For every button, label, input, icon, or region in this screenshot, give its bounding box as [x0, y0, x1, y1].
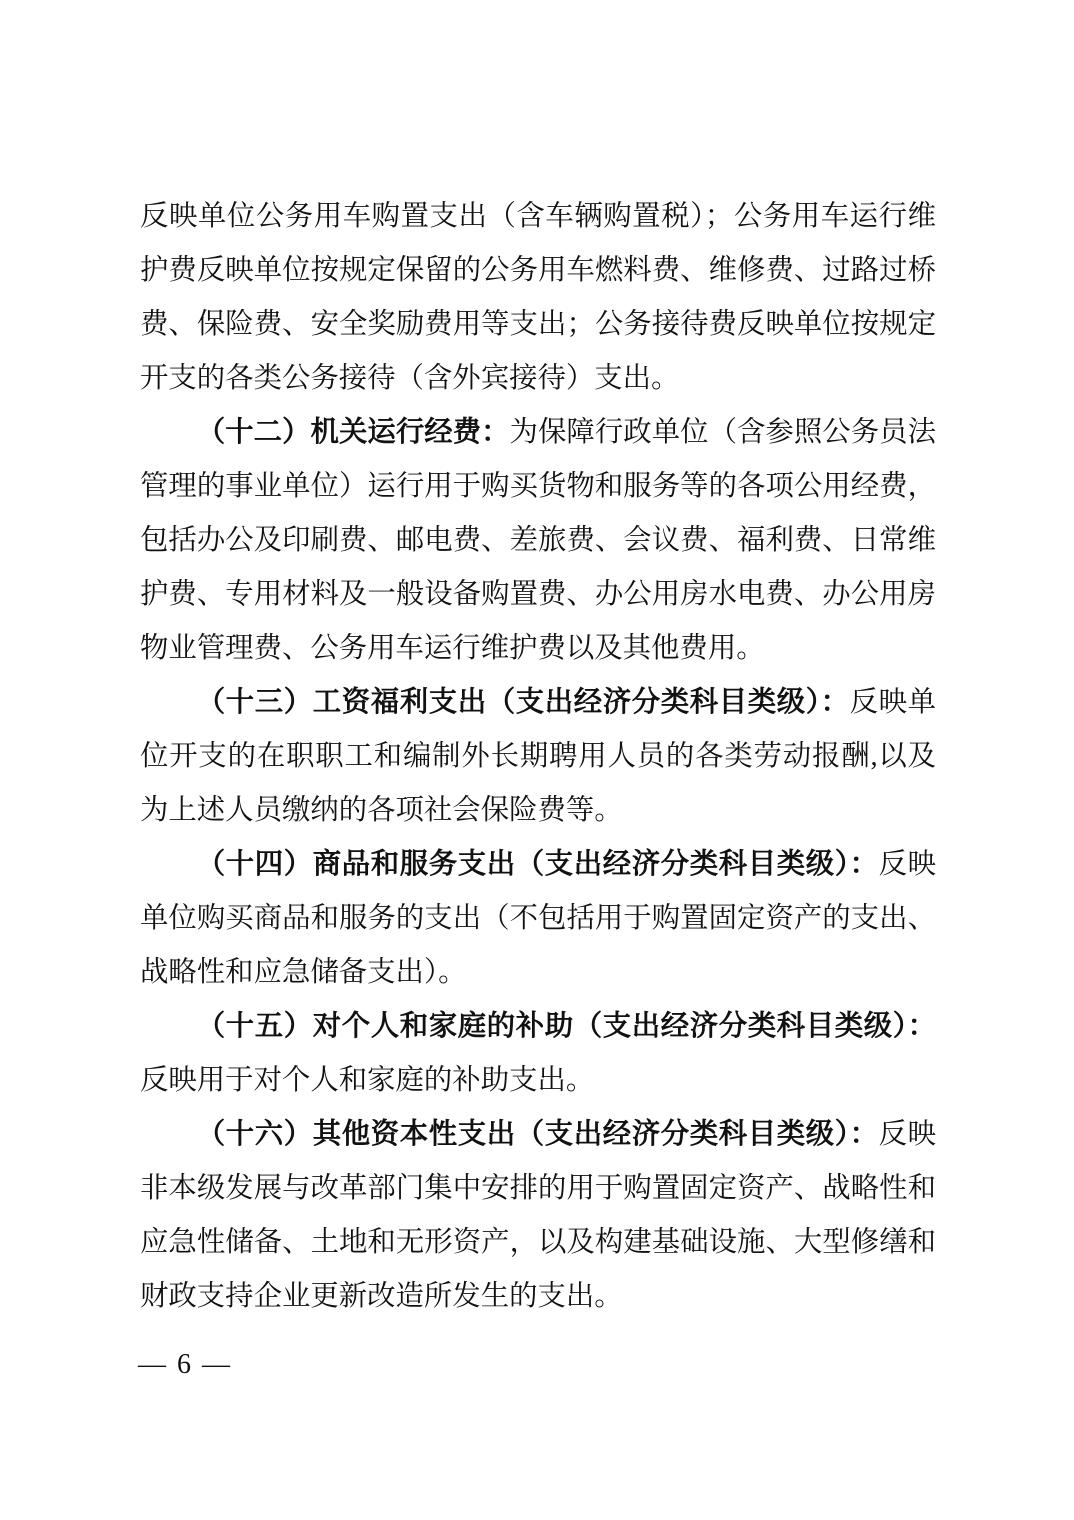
document-text-block: 反映单位公务用车购置支出（含车辆购置税）；公务用车运行维护费反映单位按规定保留的… — [140, 190, 936, 1324]
paragraph-continuation: 反映单位公务用车购置支出（含车辆购置税）；公务用车运行维护费反映单位按规定保留的… — [140, 190, 936, 406]
paragraph-lead: （十三）工资福利支出（支出经济分类科目类级）： — [197, 687, 850, 718]
paragraph-lead: （十五）对个人和家庭的补助（支出经济分类科目类级）： — [197, 1011, 936, 1042]
paragraph-body: 为保障行政单位（含参照公务员法管理的事业单位）运行用于购买货物和服务等的各项公用… — [140, 417, 936, 664]
paragraph-lead: （十二）机关运行经费： — [197, 417, 510, 448]
page-number: — 6 — — [138, 1348, 232, 1382]
paragraph-lead: （十六）其他资本性支出（支出经济分类科目类级）： — [197, 1119, 879, 1150]
paragraph-body: 反映单位公务用车购置支出（含车辆购置税）；公务用车运行维护费反映单位按规定保留的… — [140, 201, 936, 394]
paragraph-item-15: （十五）对个人和家庭的补助（支出经济分类科目类级）：反映用于对个人和家庭的补助支… — [140, 1000, 936, 1108]
paragraph-lead: （十四）商品和服务支出（支出经济分类科目类级）： — [197, 849, 879, 880]
document-page: 反映单位公务用车购置支出（含车辆购置税）；公务用车运行维护费反映单位按规定保留的… — [0, 0, 1074, 1520]
paragraph-item-16: （十六）其他资本性支出（支出经济分类科目类级）：反映非本级发展与改革部门集中安排… — [140, 1108, 936, 1324]
paragraph-item-14: （十四）商品和服务支出（支出经济分类科目类级）：反映单位购买商品和服务的支出（不… — [140, 838, 936, 1000]
paragraph-item-12: （十二）机关运行经费：为保障行政单位（含参照公务员法管理的事业单位）运行用于购买… — [140, 406, 936, 676]
paragraph-item-13: （十三）工资福利支出（支出经济分类科目类级）：反映单位开支的在职职工和编制外长期… — [140, 676, 936, 838]
paragraph-body: 反映用于对个人和家庭的补助支出。 — [140, 1065, 594, 1096]
